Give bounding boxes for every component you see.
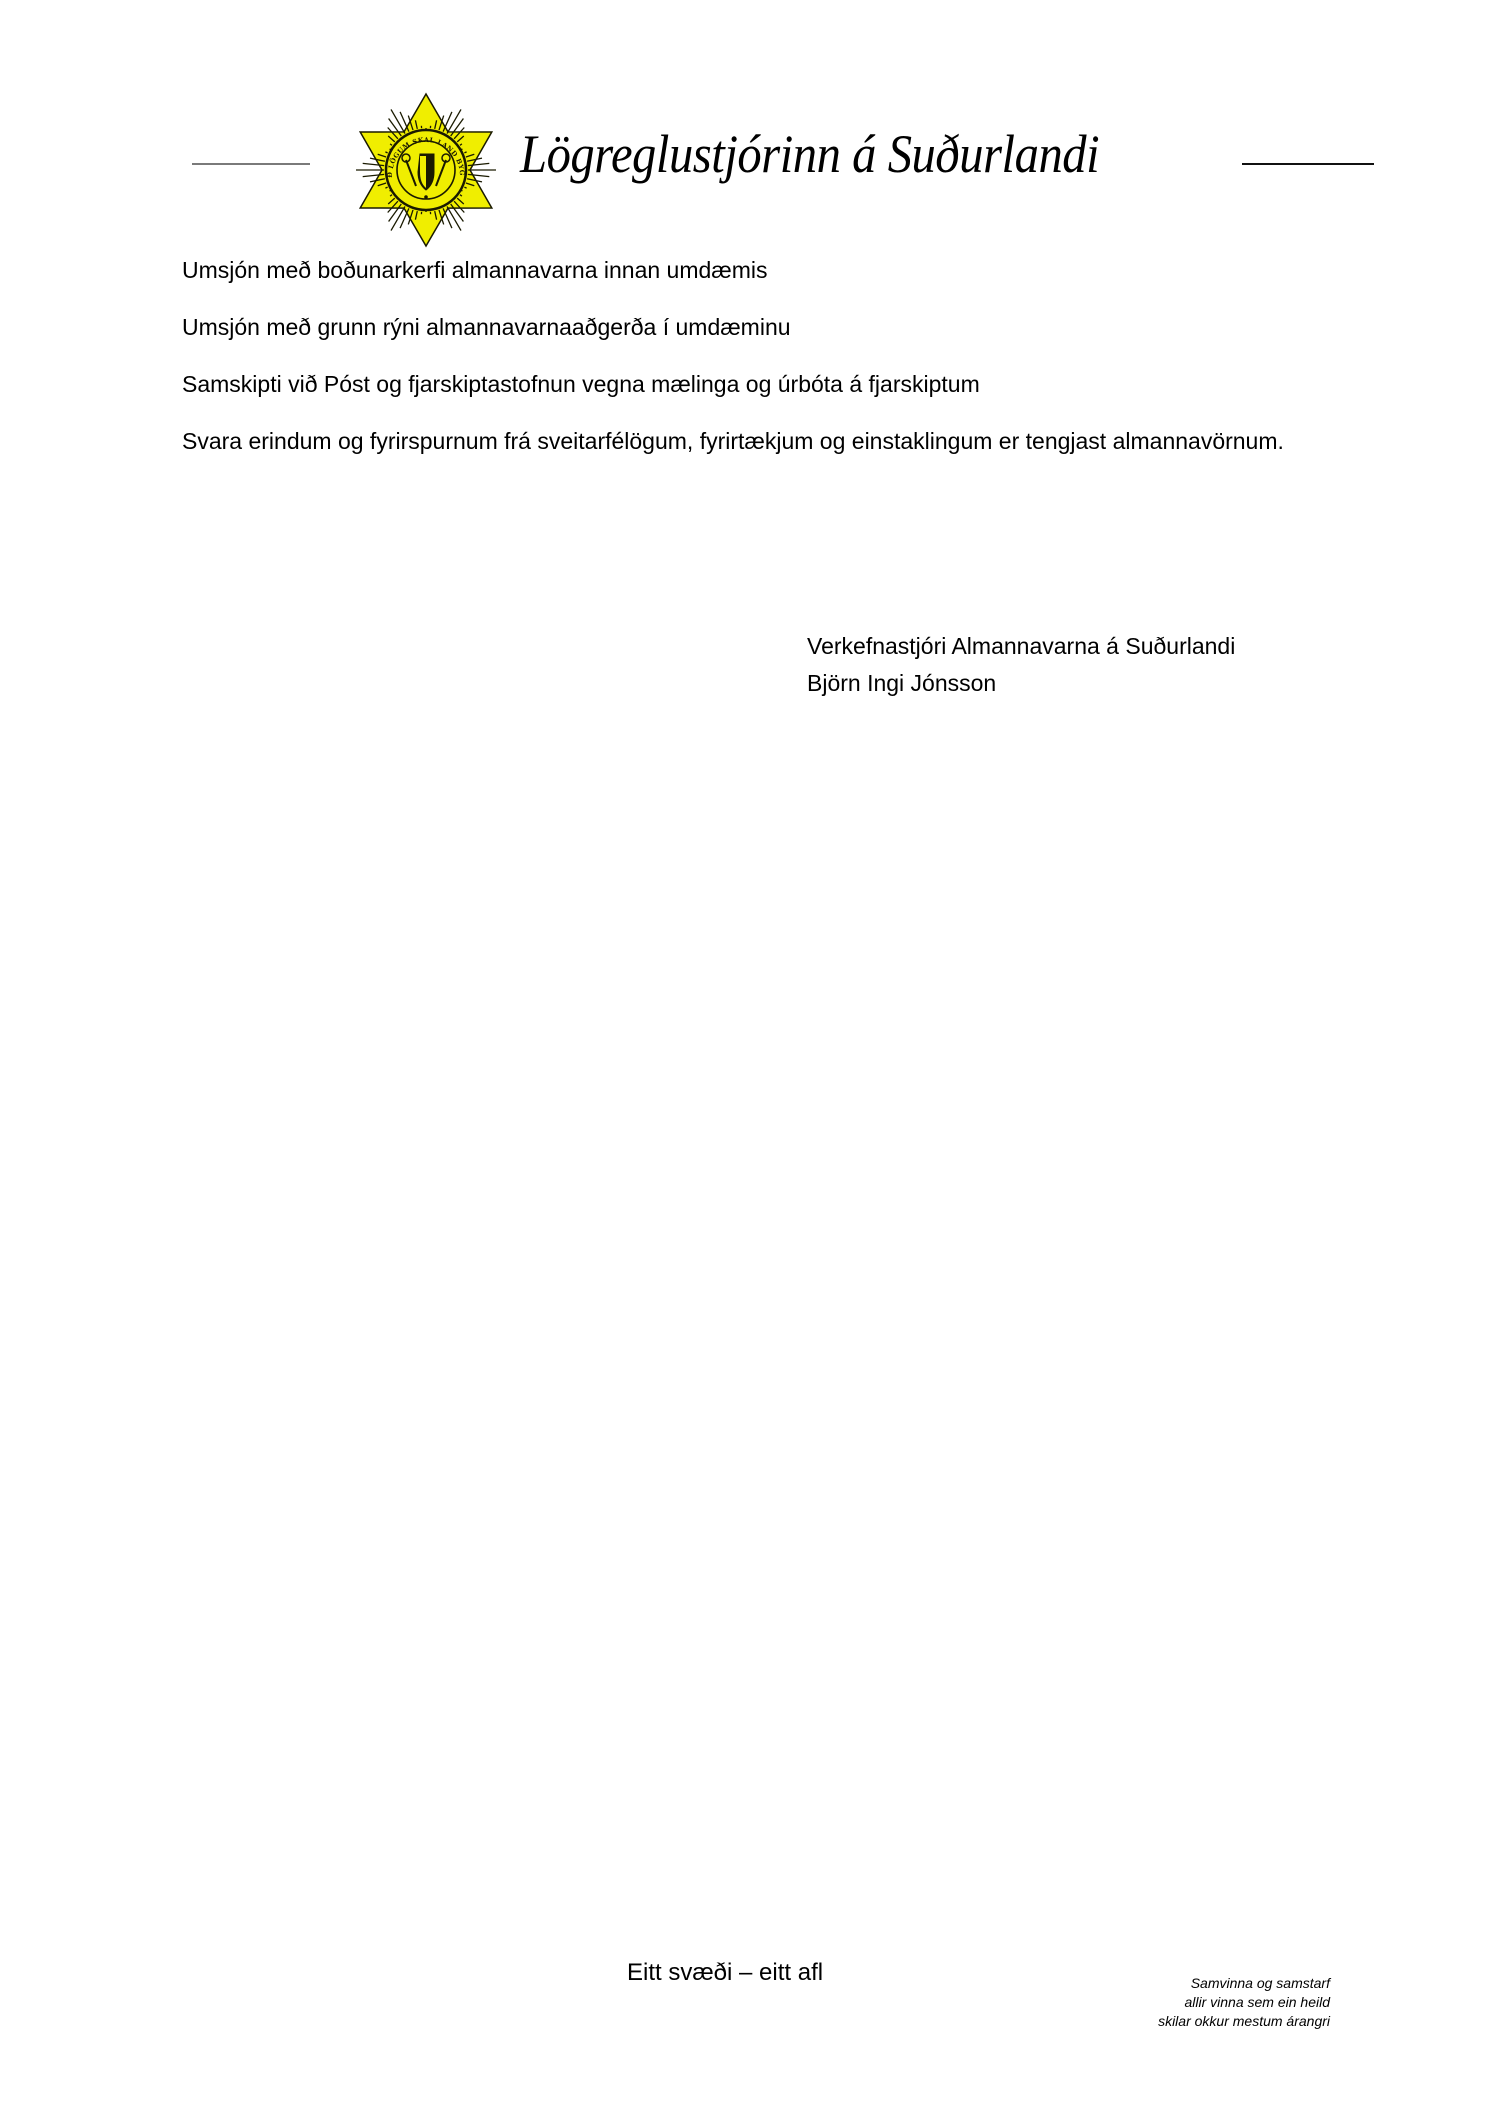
- police-star-badge-icon: MEÐ LÖGUM SKAL LAND BYGGJA: [350, 90, 502, 252]
- footer-tagline-line: allir vinna sem ein heild: [1158, 1993, 1330, 2012]
- duty-item: Svara erindum og fyrirspurnum frá sveita…: [182, 423, 1330, 460]
- footer-tagline-line: skilar okkur mestum árangri: [1158, 2012, 1330, 2031]
- header-rule-right: [1242, 163, 1374, 165]
- document-page: MEÐ LÖGUM SKAL LAND BYGGJA Lögreglustjór…: [0, 0, 1500, 2122]
- duty-item: Umsjón með boðunarkerfi almannavarna inn…: [182, 252, 1330, 289]
- duty-item: Samskipti við Póst og fjarskiptastofnun …: [182, 366, 1330, 403]
- footer-tagline: Samvinna og samstarf allir vinna sem ein…: [1158, 1974, 1330, 2031]
- signature-block: Verkefnastjóri Almannavarna á Suðurlandi…: [807, 628, 1235, 702]
- duty-item: Umsjón með grunn rýni almannavarnaaðgerð…: [182, 309, 1330, 346]
- signature-role: Verkefnastjóri Almannavarna á Suðurlandi: [807, 628, 1235, 665]
- header-rule-left: [192, 163, 310, 165]
- footer-tagline-line: Samvinna og samstarf: [1158, 1974, 1330, 1993]
- header-title: Lögreglustjórinn á Suðurlandi: [520, 122, 1099, 186]
- footer-motto: Eitt svæði – eitt afl: [627, 1958, 823, 1988]
- signature-name: Björn Ingi Jónsson: [807, 665, 1235, 702]
